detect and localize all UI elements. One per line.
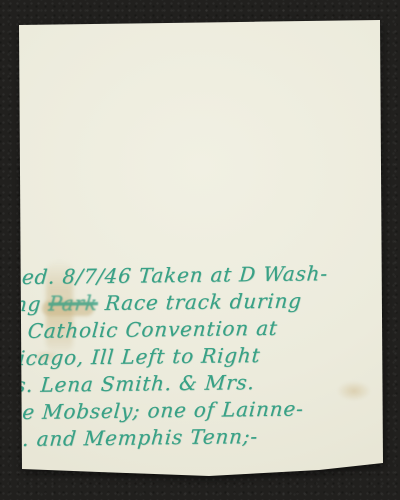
photo-paper-shadow: ed. 8/7/46 Taken at D Wash- ng Park Race… [19, 20, 383, 478]
note-line-7: g. and Memphis Tenn;- [19, 421, 383, 453]
note-line-1: ed. 8/7/46 Taken at D Wash- [21, 259, 383, 291]
note-line-2-pre: ng [19, 292, 49, 316]
photo-back-paper: ed. 8/7/46 Taken at D Wash- ng Park Race… [19, 20, 383, 478]
struck-word: Park [48, 291, 99, 316]
handwritten-note: ed. 8/7/46 Taken at D Wash- ng Park Race… [19, 259, 383, 454]
scan-background: ed. 8/7/46 Taken at D Wash- ng Park Race… [0, 0, 400, 500]
note-line-2-post: Race track during [97, 289, 303, 316]
